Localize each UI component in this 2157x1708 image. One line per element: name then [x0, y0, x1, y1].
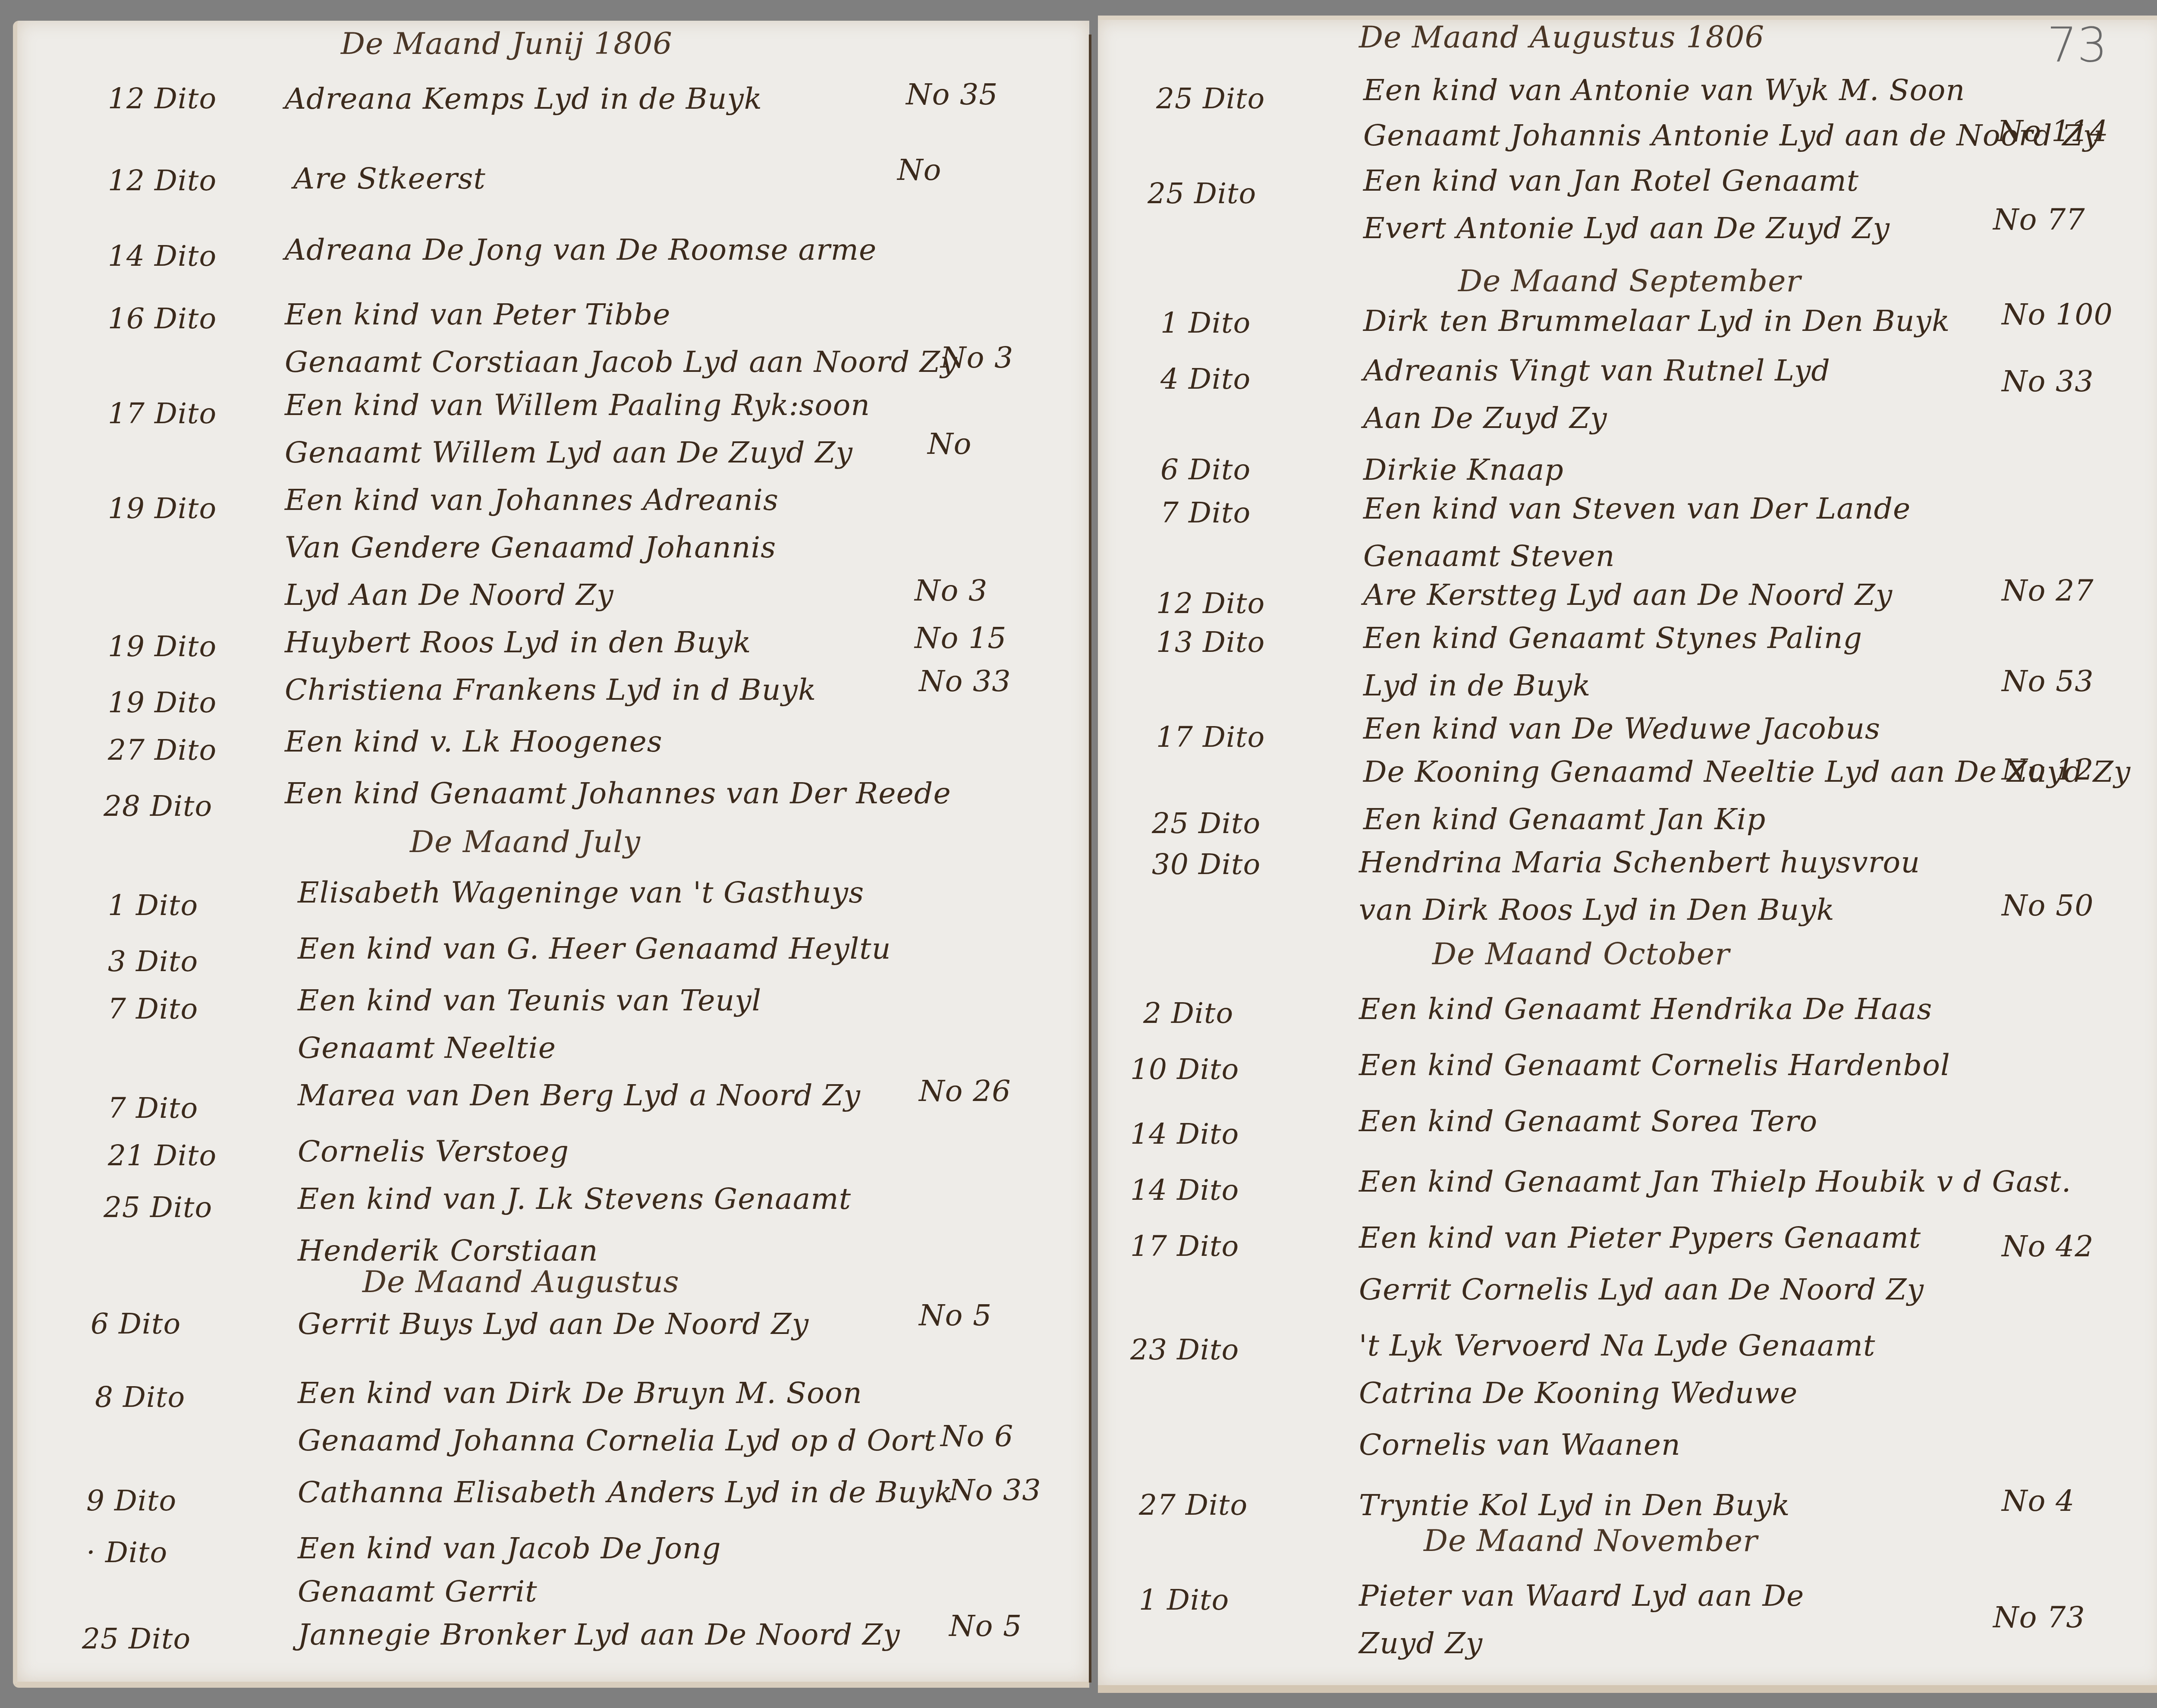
- entry-text: Cornelis Verstoeg: [298, 1135, 569, 1169]
- entry-number: No 73: [1993, 1601, 2085, 1635]
- entry-text: Gerrit Cornelis Lyd aan De Noord Zy: [1359, 1273, 1924, 1307]
- entry-text: Marea van Den Berg Lyd a Noord Zy: [298, 1079, 861, 1113]
- entry-date: 1 Dito: [108, 889, 198, 922]
- entry-text: van Dirk Roos Lyd in Den Buyk: [1359, 893, 1835, 927]
- entry-text: Een kind van De Weduwe Jacobus: [1363, 712, 1880, 746]
- entry-text: Are Stkeerst: [293, 162, 486, 196]
- entry-date: 3 Dito: [108, 945, 198, 978]
- entry-text: Evert Antonie Lyd aan De Zuyd Zy: [1363, 211, 1890, 245]
- entry-text: Een kind van Dirk De Bruyn M. Soon: [298, 1376, 862, 1410]
- entry-number: No 27: [2002, 574, 2094, 608]
- entry-date: 23 Dito: [1130, 1333, 1239, 1366]
- entry-date: · Dito: [86, 1536, 167, 1569]
- entry-date: 14 Dito: [108, 239, 217, 273]
- entry-text: Een kind van Johannes Adreanis: [285, 483, 779, 517]
- month-header: De Maand September: [1458, 263, 1801, 299]
- entry-date: 27 Dito: [1139, 1488, 1248, 1522]
- entry-text: Een kind van Jan Rotel Genaamt: [1363, 164, 1859, 198]
- entry-number: No 33: [2002, 365, 2094, 399]
- entry-date: 25 Dito: [1156, 82, 1265, 115]
- entry-text: Pieter van Waard Lyd aan De: [1359, 1579, 1804, 1613]
- entry-date: 25 Dito: [82, 1622, 191, 1655]
- entry-date: 12 Dito: [1156, 587, 1265, 620]
- month-header: De Maand October: [1432, 936, 1730, 972]
- entry-text: Een kind Genaamt Sorea Tero: [1359, 1104, 1817, 1139]
- entry-date: 1 Dito: [1160, 306, 1251, 340]
- entry-number: No 53: [2002, 664, 2094, 698]
- entry-number: No 33: [949, 1473, 1041, 1507]
- month-header: De Maand November: [1424, 1523, 1758, 1558]
- entry-text: Een kind van Peter Tibbe: [285, 298, 671, 332]
- entry-number: No 33: [919, 664, 1011, 698]
- month-header: De Maand Augustus 1806: [1359, 19, 1764, 55]
- entry-date: 12 Dito: [108, 82, 217, 115]
- entry-date: 17 Dito: [108, 397, 217, 430]
- entry-text: Een kind Genaamt Cornelis Hardenbol: [1359, 1048, 1950, 1082]
- month-header: De Maand Junij 1806: [341, 26, 673, 61]
- entry-text: Genaamt Willem Lyd aan De Zuyd Zy: [285, 436, 853, 470]
- entry-date: 17 Dito: [1130, 1230, 1239, 1263]
- entry-date: 6 Dito: [1160, 453, 1251, 486]
- entry-text: Lyd Aan De Noord Zy: [285, 578, 614, 612]
- entry-text: Adreanis Vingt van Rutnel Lyd: [1363, 354, 1830, 388]
- entry-text: 't Lyk Vervoerd Na Lyde Genaamt: [1359, 1329, 1875, 1363]
- entry-date: 7 Dito: [1160, 496, 1251, 529]
- entry-date: 14 Dito: [1130, 1173, 1239, 1207]
- entry-text: Genaamt Neeltie: [298, 1031, 556, 1065]
- entry-number: No 6: [940, 1419, 1013, 1453]
- entry-text: Dirk ten Brummelaar Lyd in Den Buyk: [1363, 304, 1950, 338]
- entry-date: 19 Dito: [108, 492, 217, 525]
- entry-text: Elisabeth Wageninge van 't Gasthuys: [298, 876, 864, 910]
- entry-text: Are Kerstteg Lyd aan De Noord Zy: [1363, 578, 1893, 612]
- entry-text: Een kind Genaamt Jan Kip: [1363, 802, 1766, 837]
- entry-date: 19 Dito: [108, 630, 217, 663]
- entry-text: Van Gendere Genaamd Johannis: [285, 531, 776, 565]
- entry-text: Een kind van Pieter Pypers Genaamt: [1359, 1221, 1921, 1255]
- entry-date: 30 Dito: [1152, 848, 1261, 881]
- entry-text: Een kind van Willem Paaling Ryk:soon: [285, 388, 870, 422]
- entry-text: Een kind van Steven van Der Lande: [1363, 492, 1911, 526]
- entry-text: Adreana De Jong van De Roomse arme: [285, 233, 877, 267]
- entry-date: 10 Dito: [1130, 1053, 1239, 1086]
- entry-date: 21 Dito: [108, 1139, 217, 1172]
- entry-text: Adreana Kemps Lyd in de Buyk: [285, 82, 762, 116]
- entry-date: 28 Dito: [104, 790, 212, 823]
- entry-text: Catrina De Kooning Weduwe: [1359, 1376, 1798, 1410]
- entry-text: Genaamd Johanna Cornelia Lyd op d Oort: [298, 1424, 936, 1458]
- entry-date: 6 Dito: [91, 1307, 181, 1340]
- entry-text: Genaamt Johannis Antonie Lyd aan de Noor…: [1363, 119, 2100, 153]
- entry-date: 17 Dito: [1156, 720, 1265, 754]
- entry-text: Aan De Zuyd Zy: [1363, 401, 1607, 435]
- entry-number: No 12: [2002, 753, 2094, 787]
- entry-number: No 5: [949, 1609, 1022, 1643]
- entry-text: Cornelis van Waanen: [1359, 1428, 1681, 1462]
- entry-text: Hendrina Maria Schenbert huysvrou: [1359, 846, 1920, 880]
- entry-text: Een kind van Teunis van Teuyl: [298, 984, 761, 1018]
- page-number: 73: [2047, 17, 2107, 72]
- entry-text: Genaamt Gerrit: [298, 1575, 538, 1609]
- entry-text: Huybert Roos Lyd in den Buyk: [285, 626, 751, 660]
- entry-date: 2 Dito: [1143, 997, 1233, 1030]
- entry-number: No 15: [915, 621, 1007, 655]
- entry-text: Cathanna Elisabeth Anders Lyd in de Buyk: [298, 1475, 953, 1510]
- entry-number: No 114: [1997, 114, 2109, 148]
- entry-text: Tryntie Kol Lyd in Den Buyk: [1359, 1488, 1790, 1522]
- entry-text: Genaamt Corstiaan Jacob Lyd aan Noord Zy: [285, 345, 957, 379]
- entry-text: Jannegie Bronker Lyd aan De Noord Zy: [298, 1618, 900, 1652]
- entry-text: Een kind van Antonie van Wyk M. Soon: [1363, 73, 1965, 107]
- entry-date: 9 Dito: [86, 1484, 176, 1517]
- entry-date: 25 Dito: [1148, 177, 1256, 210]
- entry-date: 4 Dito: [1160, 362, 1251, 396]
- entry-text: Een kind van J. Lk Stevens Genaamt: [298, 1182, 851, 1216]
- entry-date: 1 Dito: [1139, 1583, 1229, 1617]
- entry-date: 8 Dito: [95, 1381, 185, 1414]
- entry-date: 27 Dito: [108, 733, 217, 767]
- entry-date: 25 Dito: [1152, 807, 1261, 840]
- entry-text: Een kind v. Lk Hoogenes: [285, 725, 663, 759]
- entry-text: Een kind Genaamt Johannes van Der Reede: [285, 777, 951, 811]
- entry-number: No 77: [1993, 203, 2085, 237]
- entry-date: 25 Dito: [104, 1191, 212, 1224]
- month-header: De Maand Augustus: [362, 1264, 679, 1299]
- entry-text: Genaamt Steven: [1363, 539, 1615, 573]
- entry-text: Een kind van Jacob De Jong: [298, 1532, 721, 1566]
- entry-date: 7 Dito: [108, 1091, 198, 1125]
- entry-text: Dirkie Knaap: [1363, 453, 1564, 487]
- entry-number: No 4: [2002, 1484, 2075, 1518]
- entry-text: Een kind Genaamt Hendrika De Haas: [1359, 992, 1932, 1026]
- entry-date: 16 Dito: [108, 302, 217, 335]
- entry-number: No 35: [906, 78, 998, 112]
- entry-number: No 42: [2002, 1230, 2094, 1264]
- entry-number: No 100: [2002, 298, 2113, 332]
- entry-number: No 3: [940, 341, 1013, 375]
- entry-number: No 50: [2002, 889, 2094, 923]
- entry-date: 13 Dito: [1156, 626, 1265, 659]
- entry-text: Zuyd Zy: [1359, 1626, 1483, 1661]
- entry-number: No: [928, 427, 972, 461]
- entry-text: Lyd in de Buyk: [1363, 669, 1591, 703]
- entry-text: Een kind Genaamt Stynes Paling: [1363, 621, 1862, 655]
- entry-text: Christiena Frankens Lyd in d Buyk: [285, 673, 816, 707]
- entry-number: No: [897, 153, 941, 187]
- entry-number: No 3: [915, 574, 987, 608]
- entry-date: 7 Dito: [108, 992, 198, 1025]
- book-gutter: [1089, 35, 1091, 1683]
- entry-number: No 5: [919, 1299, 992, 1333]
- entry-number: No 26: [919, 1074, 1011, 1108]
- entry-date: 12 Dito: [108, 164, 217, 197]
- entry-text: Een kind van G. Heer Genaamd Heyltu: [298, 932, 891, 966]
- entry-text: Gerrit Buys Lyd aan De Noord Zy: [298, 1307, 809, 1341]
- entry-date: 19 Dito: [108, 686, 217, 719]
- entry-date: 14 Dito: [1130, 1117, 1239, 1151]
- month-header: De Maand July: [410, 824, 641, 859]
- entry-text: Henderik Corstiaan: [298, 1234, 598, 1268]
- entry-text: Een kind Genaamt Jan Thielp Houbik v d G…: [1359, 1165, 2071, 1199]
